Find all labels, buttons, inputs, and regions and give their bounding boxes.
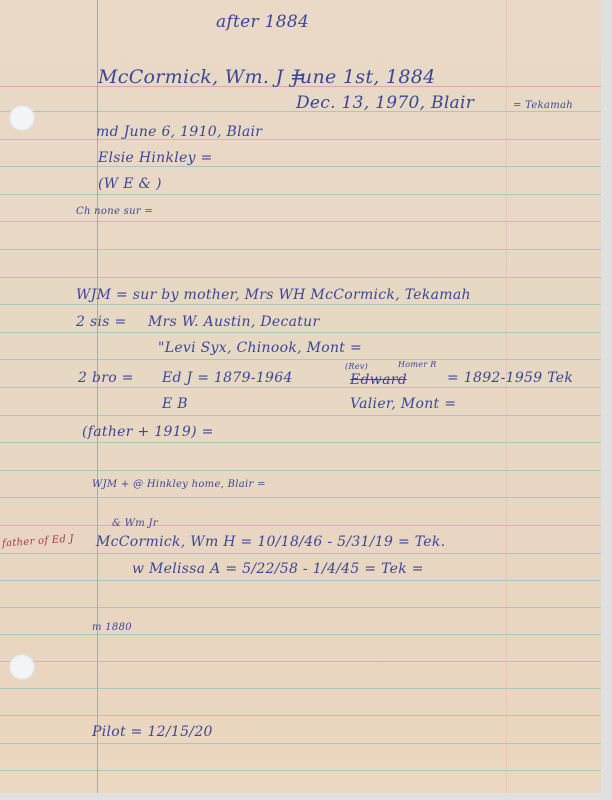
notebook-page: after 1884 McCormick, Wm. J = June 1st, …: [0, 0, 601, 793]
brother-1-initials: E B: [162, 396, 188, 412]
rule-line: [0, 607, 601, 608]
brother-2-correction: Homer R: [398, 360, 437, 369]
rule-line: [0, 359, 601, 360]
rule-line: [0, 715, 601, 716]
sister-2: "Levi Syx, Chinook, Mont =: [158, 340, 362, 356]
rule-line: [0, 332, 601, 333]
rule-line: [0, 553, 601, 554]
rule-line: [0, 194, 601, 195]
father-death-note: (father + 1919) =: [82, 424, 214, 440]
rule-line: [0, 139, 601, 140]
rule-line: [0, 743, 601, 744]
father-line: McCormick, Wm H = 10/18/46 - 5/31/19 = T…: [96, 534, 445, 550]
birth-date: June 1st, 1884: [292, 66, 435, 88]
name-line: McCormick, Wm. J =: [98, 66, 306, 88]
heading-text: after 1884: [216, 12, 309, 32]
rule-line: [0, 221, 601, 222]
brother-2-place: Valier, Mont =: [350, 396, 456, 412]
brother-2-rev-note: (Rev): [345, 362, 368, 371]
rule-line: [0, 688, 601, 689]
right-margin-line: [506, 0, 507, 793]
punch-hole: [9, 105, 35, 131]
punch-hole: [9, 654, 35, 680]
rule-line: [0, 770, 601, 771]
rule-line: [0, 580, 601, 581]
sisters-label: 2 sis =: [76, 314, 127, 330]
rule-line: [0, 661, 601, 662]
left-margin-line: [97, 0, 98, 793]
spouse-parents: (W E & ): [98, 176, 162, 192]
rule-line: [0, 304, 601, 305]
rule-line: [0, 497, 601, 498]
rule-line: [0, 634, 601, 635]
death-date: Dec. 13, 1970, Blair: [296, 93, 474, 113]
marriage-line: md June 6, 1910, Blair: [96, 124, 262, 140]
burial-line: WJM + @ Hinkley home, Blair =: [92, 479, 266, 490]
sister-1: Mrs W. Austin, Decatur: [148, 314, 319, 330]
burial-place: = Tekamah: [513, 100, 573, 111]
brothers-label: 2 bro =: [78, 370, 134, 386]
children-line: Ch none sur =: [76, 206, 153, 217]
rule-line: [0, 166, 601, 167]
pilot-line: Pilot = 12/15/20: [92, 724, 213, 740]
rule-line: [0, 387, 601, 388]
rule-line: [0, 442, 601, 443]
spouse-name: Elsie Hinkley =: [98, 150, 213, 166]
rule-line: [0, 525, 601, 526]
red-margin-note: father of Ed J: [2, 534, 75, 550]
mother-line: w Melissa A = 5/22/58 - 1/4/45 = Tek =: [132, 561, 424, 577]
survived-line: WJM = sur by mother, Mrs WH McCormick, T…: [76, 287, 471, 303]
brother-1: Ed J = 1879-1964: [162, 370, 293, 386]
rule-line: [0, 249, 601, 250]
rule-line: [0, 415, 601, 416]
rule-line: [0, 277, 601, 278]
brother-2-dates: = 1892-1959 Tek: [447, 370, 573, 386]
rule-line: [0, 470, 601, 471]
marriage-year: m 1880: [92, 622, 132, 633]
father-annotation: & Wm Jr: [112, 518, 158, 529]
brother-2-name: Edward: [350, 372, 407, 388]
